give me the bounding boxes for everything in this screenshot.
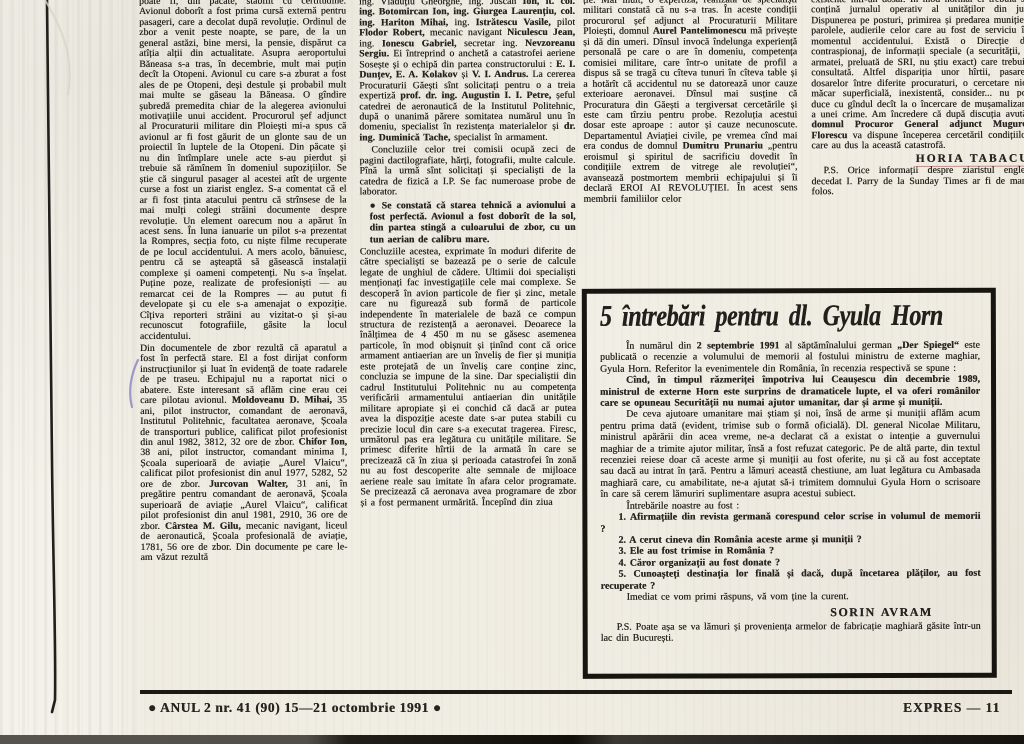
box-closing: Imediat ce vom primi răspuns, vă vom țin… — [601, 591, 981, 603]
author-signature: HORIA TABACU — [811, 153, 1024, 164]
paragraph: Concluziile celor trei comisii ocupă zec… — [359, 145, 575, 198]
page-content: poate fi, din păcate, stabilit cu certit… — [0, 0, 1024, 744]
scanned-newspaper-page: { "columns": { "col1": { "p1": "poate fi… — [0, 0, 1024, 744]
paragraph: existente într-un dosar. În mod normal e… — [811, 0, 1024, 152]
box-headline: 5 întrebări pentru dl. Gyula Horn — [600, 299, 904, 334]
footer-issue-info: ● ANUL 2 nr. 41 (90) 15—21 octombrie 199… — [148, 700, 442, 716]
box-quote: Cînd, în timpul răzmeriței împotriva lui… — [600, 374, 980, 409]
box-body: În numărul din 2 septembrie 1991 al săpt… — [600, 340, 981, 645]
paragraph-commission: ing. Vlăduțiu Gheorghe, ing. Juscan Ion,… — [359, 0, 575, 144]
paragraph: Concluziile acestea, exprimate în moduri… — [360, 247, 577, 509]
box-author-signature: SORIN AVRAM — [601, 607, 981, 619]
box-paragraph: De ceva ajutoare umanitare mai știam și … — [600, 408, 980, 500]
highlight-paragraph: ● Se constată că starea tehnică a avionu… — [360, 199, 576, 245]
footer-brand-page-number: EXPRES — 11 — [903, 700, 1000, 716]
box-postscript: P.S. Poate așa se va lămuri și provenien… — [601, 621, 981, 645]
question-4: 4. Căror organizații au fost donate ? — [600, 556, 980, 568]
footer-rule — [140, 690, 1012, 694]
postscript: P.S. Orice informații despre ziaristul e… — [811, 166, 1024, 198]
box-intro: În numărul din 2 septembrie 1991 al săpt… — [600, 340, 980, 375]
paragraph: poate fi, din păcate, stabilit cu certit… — [139, 0, 347, 342]
article-column-1: poate fi, din păcate, stabilit cu certit… — [139, 0, 348, 685]
question-1: 1. Afirmațiile din revista germană cores… — [600, 511, 980, 535]
article-column-3: ție. Mai mult, o expertiză, realizată de… — [583, 0, 798, 278]
article-column-2: ing. Vlăduțiu Gheorghe, ing. Juscan Ion,… — [359, 0, 577, 665]
question-3: 3. Ele au fost trimise in România ? — [600, 545, 980, 557]
boxed-article-gyula-horn: 5 întrebări pentru dl. Gyula Horn În num… — [582, 288, 997, 679]
box-lead-questions: Întrebările noastre au fost : — [600, 499, 980, 511]
paragraph-pilots: Din documentele de zbor rezultă că apara… — [140, 343, 348, 563]
paragraph: ție. Mai mult, o expertiză, realizată de… — [583, 0, 798, 205]
article-column-4: existente într-un dosar. În mod normal e… — [811, 0, 1024, 295]
question-5: 5. Cunoașteți destinația lor finală și d… — [601, 568, 981, 592]
scan-edge-strip — [0, 735, 1024, 744]
question-2: 2. A cerut cineva din România aceste arm… — [600, 534, 980, 546]
